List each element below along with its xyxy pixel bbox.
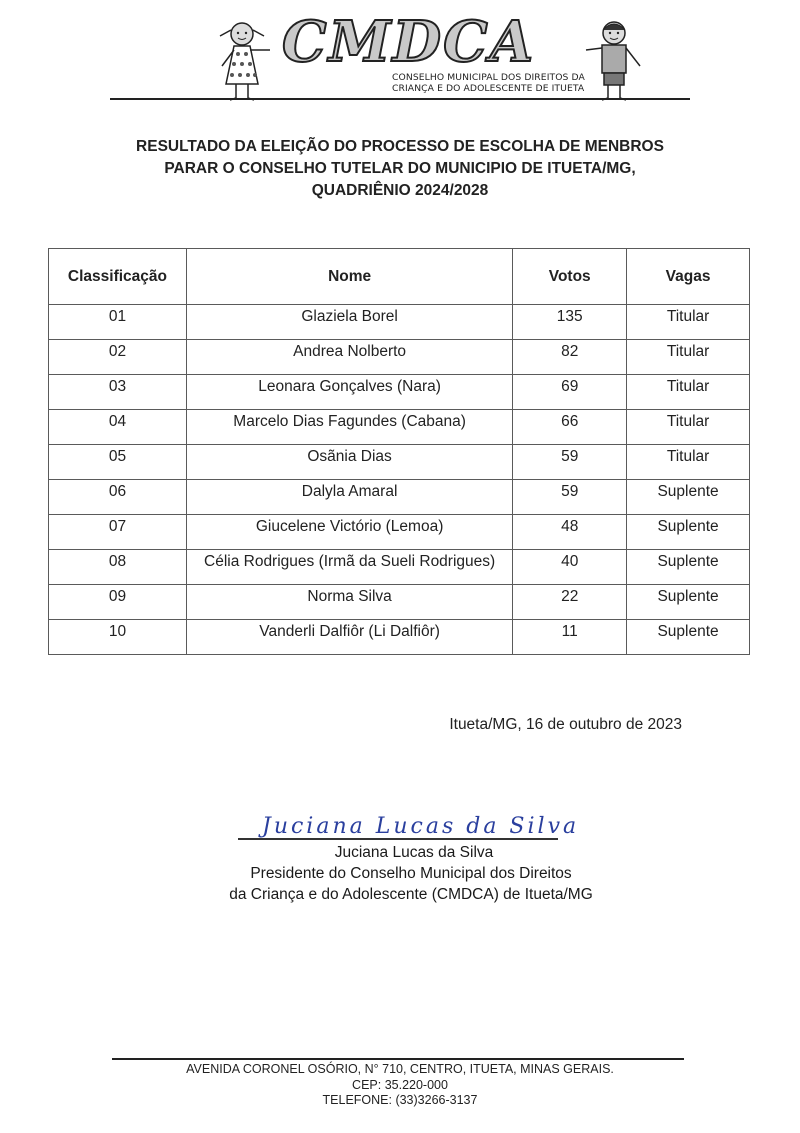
name-cell: Glaziela Borel — [186, 305, 512, 340]
seat-cell: Suplente — [627, 480, 750, 515]
signatory-role-line1: Presidente do Conselho Municipal dos Dir… — [0, 863, 800, 884]
signatory-name: Juciana Lucas da Silva — [0, 842, 800, 863]
seat-cell: Suplente — [627, 550, 750, 585]
seat-cell: Titular — [627, 375, 750, 410]
table-row: 06Dalyla Amaral59Suplente — [49, 480, 750, 515]
name-cell: Leonara Gonçalves (Nara) — [186, 375, 512, 410]
votes-cell: 66 — [513, 410, 627, 445]
logo-subtitle-line2: CRIANÇA E DO ADOLESCENTE DE ITUETA — [392, 83, 585, 94]
letterhead: CMDCA CONSELHO MUNICIPAL DOS DIREITOS DA… — [110, 12, 690, 102]
seat-cell: Suplente — [627, 585, 750, 620]
table-row: 05Osãnia Dias59Titular — [49, 445, 750, 480]
votes-cell: 59 — [513, 480, 627, 515]
rank-cell: 10 — [49, 620, 187, 655]
rank-cell: 03 — [49, 375, 187, 410]
votes-cell: 40 — [513, 550, 627, 585]
logo-wordmark: CMDCA — [282, 14, 535, 70]
seat-cell: Titular — [627, 445, 750, 480]
footer-divider — [112, 1058, 684, 1060]
rank-cell: 02 — [49, 340, 187, 375]
logo-subtitle-line1: CONSELHO MUNICIPAL DOS DIREITOS DA — [392, 72, 585, 83]
table-row: 07Giucelene Victório (Lemoa)48Suplente — [49, 515, 750, 550]
table-row: 08Célia Rodrigues (Irmã da Sueli Rodrigu… — [49, 550, 750, 585]
document-title: RESULTADO DA ELEIÇÃO DO PROCESSO DE ESCO… — [0, 136, 800, 202]
rank-cell: 06 — [49, 480, 187, 515]
rank-cell: 04 — [49, 410, 187, 445]
col-header-votes: Votos — [513, 249, 627, 305]
table-row: 01Glaziela Borel135Titular — [49, 305, 750, 340]
name-cell: Célia Rodrigues (Irmã da Sueli Rodrigues… — [186, 550, 512, 585]
name-cell: Osãnia Dias — [186, 445, 512, 480]
col-header-rank: Classificação — [49, 249, 187, 305]
name-cell: Vanderli Dalfiôr (Li Dalfiôr) — [186, 620, 512, 655]
col-header-seat: Vagas — [627, 249, 750, 305]
handwritten-signature: Juciana Lucas da Silva — [262, 814, 579, 839]
signatory-role-line2: da Criança e do Adolescente (CMDCA) de I… — [0, 884, 800, 905]
footer-phone: TELEFONE: (33)3266-3137 — [0, 1093, 800, 1109]
seat-cell: Titular — [627, 340, 750, 375]
rank-cell: 07 — [49, 515, 187, 550]
votes-cell: 82 — [513, 340, 627, 375]
name-cell: Giucelene Victório (Lemoa) — [186, 515, 512, 550]
footer-address-block: AVENIDA CORONEL OSÓRIO, N° 710, CENTRO, … — [0, 1062, 800, 1109]
title-line1: RESULTADO DA ELEIÇÃO DO PROCESSO DE ESCO… — [0, 136, 800, 158]
name-cell: Norma Silva — [186, 585, 512, 620]
votes-cell: 135 — [513, 305, 627, 340]
seat-cell: Titular — [627, 305, 750, 340]
table-row: 04Marcelo Dias Fagundes (Cabana)66Titula… — [49, 410, 750, 445]
votes-cell: 69 — [513, 375, 627, 410]
col-header-name: Nome — [186, 249, 512, 305]
name-cell: Dalyla Amaral — [186, 480, 512, 515]
votes-cell: 59 — [513, 445, 627, 480]
table-row: 10Vanderli Dalfiôr (Li Dalfiôr)11Suplent… — [49, 620, 750, 655]
rank-cell: 09 — [49, 585, 187, 620]
girl-illustration-icon — [212, 18, 272, 102]
signature-line — [238, 838, 558, 840]
title-line3: QUADRIÊNIO 2024/2028 — [0, 180, 800, 202]
date-line: Itueta/MG, 16 de outubro de 2023 — [449, 716, 682, 734]
title-line2: PARAR O CONSELHO TUTELAR DO MUNICIPIO DE… — [0, 158, 800, 180]
footer-cep: CEP: 35.220-000 — [0, 1078, 800, 1094]
footer-address: AVENIDA CORONEL OSÓRIO, N° 710, CENTRO, … — [0, 1062, 800, 1078]
table-row: 02Andrea Nolberto82Titular — [49, 340, 750, 375]
rank-cell: 05 — [49, 445, 187, 480]
results-table: Classificação Nome Votos Vagas 01Glaziel… — [48, 248, 750, 655]
votes-cell: 22 — [513, 585, 627, 620]
logo-subtitle: CONSELHO MUNICIPAL DOS DIREITOS DA CRIAN… — [392, 72, 585, 94]
votes-cell: 11 — [513, 620, 627, 655]
seat-cell: Suplente — [627, 515, 750, 550]
boy-illustration-icon — [584, 18, 644, 102]
table-header-row: Classificação Nome Votos Vagas — [49, 249, 750, 305]
rank-cell: 01 — [49, 305, 187, 340]
votes-cell: 48 — [513, 515, 627, 550]
header-divider — [110, 98, 690, 100]
name-cell: Marcelo Dias Fagundes (Cabana) — [186, 410, 512, 445]
cmdca-logo: CMDCA CONSELHO MUNICIPAL DOS DIREITOS DA… — [212, 12, 632, 98]
seat-cell: Titular — [627, 410, 750, 445]
seat-cell: Suplente — [627, 620, 750, 655]
name-cell: Andrea Nolberto — [186, 340, 512, 375]
rank-cell: 08 — [49, 550, 187, 585]
table-row: 03Leonara Gonçalves (Nara)69Titular — [49, 375, 750, 410]
table-row: 09Norma Silva22Suplente — [49, 585, 750, 620]
